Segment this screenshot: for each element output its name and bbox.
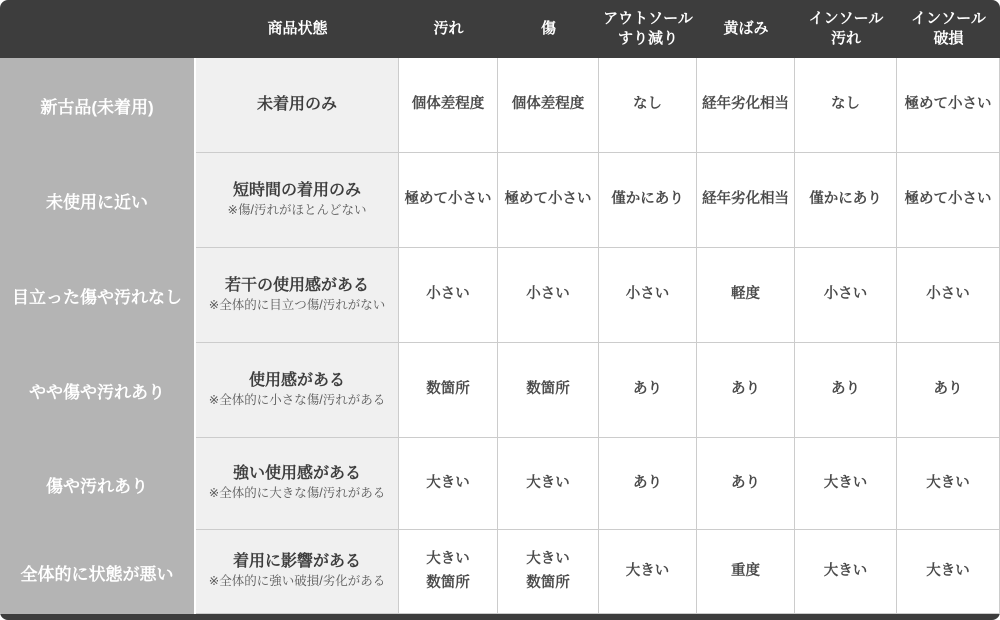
- condition-cell: 強い使用感がある ※全体的に大きな傷/汚れがある: [196, 438, 399, 530]
- header-insole-dirt: インソール 汚れ: [795, 0, 897, 58]
- condition-title: 使用感がある: [249, 371, 345, 392]
- value-cell: 軽度: [697, 248, 795, 343]
- value-cell: 小さい: [795, 248, 897, 343]
- value-cell: あり: [599, 438, 697, 530]
- value-cell: 大きい: [897, 438, 1000, 530]
- grade-cell: 傷や汚れあり: [0, 438, 196, 530]
- value-cell: なし: [599, 58, 697, 153]
- header-product-condition: 商品状態: [196, 0, 399, 58]
- value-cell: 小さい: [897, 248, 1000, 343]
- value-cell: 重度: [697, 530, 795, 614]
- value-cell: 僅かにあり: [795, 153, 897, 248]
- table-bottom-border: [0, 614, 1000, 620]
- condition-cell: 着用に影響がある ※全体的に強い破損/劣化がある: [196, 530, 399, 614]
- value-cell: 僅かにあり: [599, 153, 697, 248]
- value-cell: 大きい 数箇所: [399, 530, 498, 614]
- condition-title: 着用に影響がある: [233, 552, 361, 573]
- value-cell: あり: [697, 343, 795, 438]
- value-cell: 極めて小さい: [399, 153, 498, 248]
- value-cell: 小さい: [599, 248, 697, 343]
- condition-note: ※全体的に強い破損/劣化がある: [209, 573, 385, 591]
- condition-cell: 使用感がある ※全体的に小さな傷/汚れがある: [196, 343, 399, 438]
- value-cell: 大きい: [599, 530, 697, 614]
- header-yellowing: 黄ばみ: [697, 0, 795, 58]
- condition-cell: 未着用のみ: [196, 58, 399, 153]
- condition-title: 強い使用感がある: [233, 464, 361, 485]
- condition-grade-table: 商品状態 汚れ 傷 アウトソール すり減り 黄ばみ インソール 汚れ インソール…: [0, 0, 1000, 620]
- condition-title: 未着用のみ: [257, 95, 337, 116]
- condition-cell: 若干の使用感がある ※全体的に目立つ傷/汚れがない: [196, 248, 399, 343]
- value-cell: 極めて小さい: [897, 153, 1000, 248]
- value-cell: 極めて小さい: [498, 153, 599, 248]
- condition-title: 短時間の着用のみ: [233, 181, 361, 202]
- header-insole-damage: インソール 破損: [897, 0, 1000, 58]
- grade-cell: 全体的に状態が悪い: [0, 530, 196, 614]
- value-cell: 小さい: [498, 248, 599, 343]
- header-scratch: 傷: [498, 0, 599, 58]
- grade-cell: やや傷や汚れあり: [0, 343, 196, 438]
- condition-note: ※傷/汚れがほとんどない: [228, 202, 367, 220]
- value-cell: 数箇所: [399, 343, 498, 438]
- grade-cell: 新古品(未着用): [0, 58, 196, 153]
- value-cell: あり: [697, 438, 795, 530]
- value-cell: 個体差程度: [498, 58, 599, 153]
- value-cell: あり: [897, 343, 1000, 438]
- header-corner: [0, 0, 196, 58]
- condition-note: ※全体的に大きな傷/汚れがある: [209, 485, 385, 503]
- value-cell: 大きい: [897, 530, 1000, 614]
- value-cell: 数箇所: [498, 343, 599, 438]
- grade-cell: 目立った傷や汚れなし: [0, 248, 196, 343]
- value-cell: 大きい: [498, 438, 599, 530]
- value-cell: あり: [599, 343, 697, 438]
- condition-note: ※全体的に小さな傷/汚れがある: [209, 392, 385, 410]
- condition-note: ※全体的に目立つ傷/汚れがない: [209, 297, 385, 315]
- grade-cell: 未使用に近い: [0, 153, 196, 248]
- header-outsole-wear: アウトソール すり減り: [599, 0, 697, 58]
- value-cell: なし: [795, 58, 897, 153]
- value-cell: 経年劣化相当: [697, 153, 795, 248]
- value-cell: 大きい: [795, 438, 897, 530]
- value-cell: 大きい: [399, 438, 498, 530]
- value-cell: 大きい 数箇所: [498, 530, 599, 614]
- value-cell: 極めて小さい: [897, 58, 1000, 153]
- table-grid: 商品状態 汚れ 傷 アウトソール すり減り 黄ばみ インソール 汚れ インソール…: [0, 0, 1000, 614]
- value-cell: 経年劣化相当: [697, 58, 795, 153]
- value-cell: あり: [795, 343, 897, 438]
- condition-title: 若干の使用感がある: [225, 276, 369, 297]
- condition-cell: 短時間の着用のみ ※傷/汚れがほとんどない: [196, 153, 399, 248]
- value-cell: 小さい: [399, 248, 498, 343]
- value-cell: 大きい: [795, 530, 897, 614]
- header-dirt: 汚れ: [399, 0, 498, 58]
- value-cell: 個体差程度: [399, 58, 498, 153]
